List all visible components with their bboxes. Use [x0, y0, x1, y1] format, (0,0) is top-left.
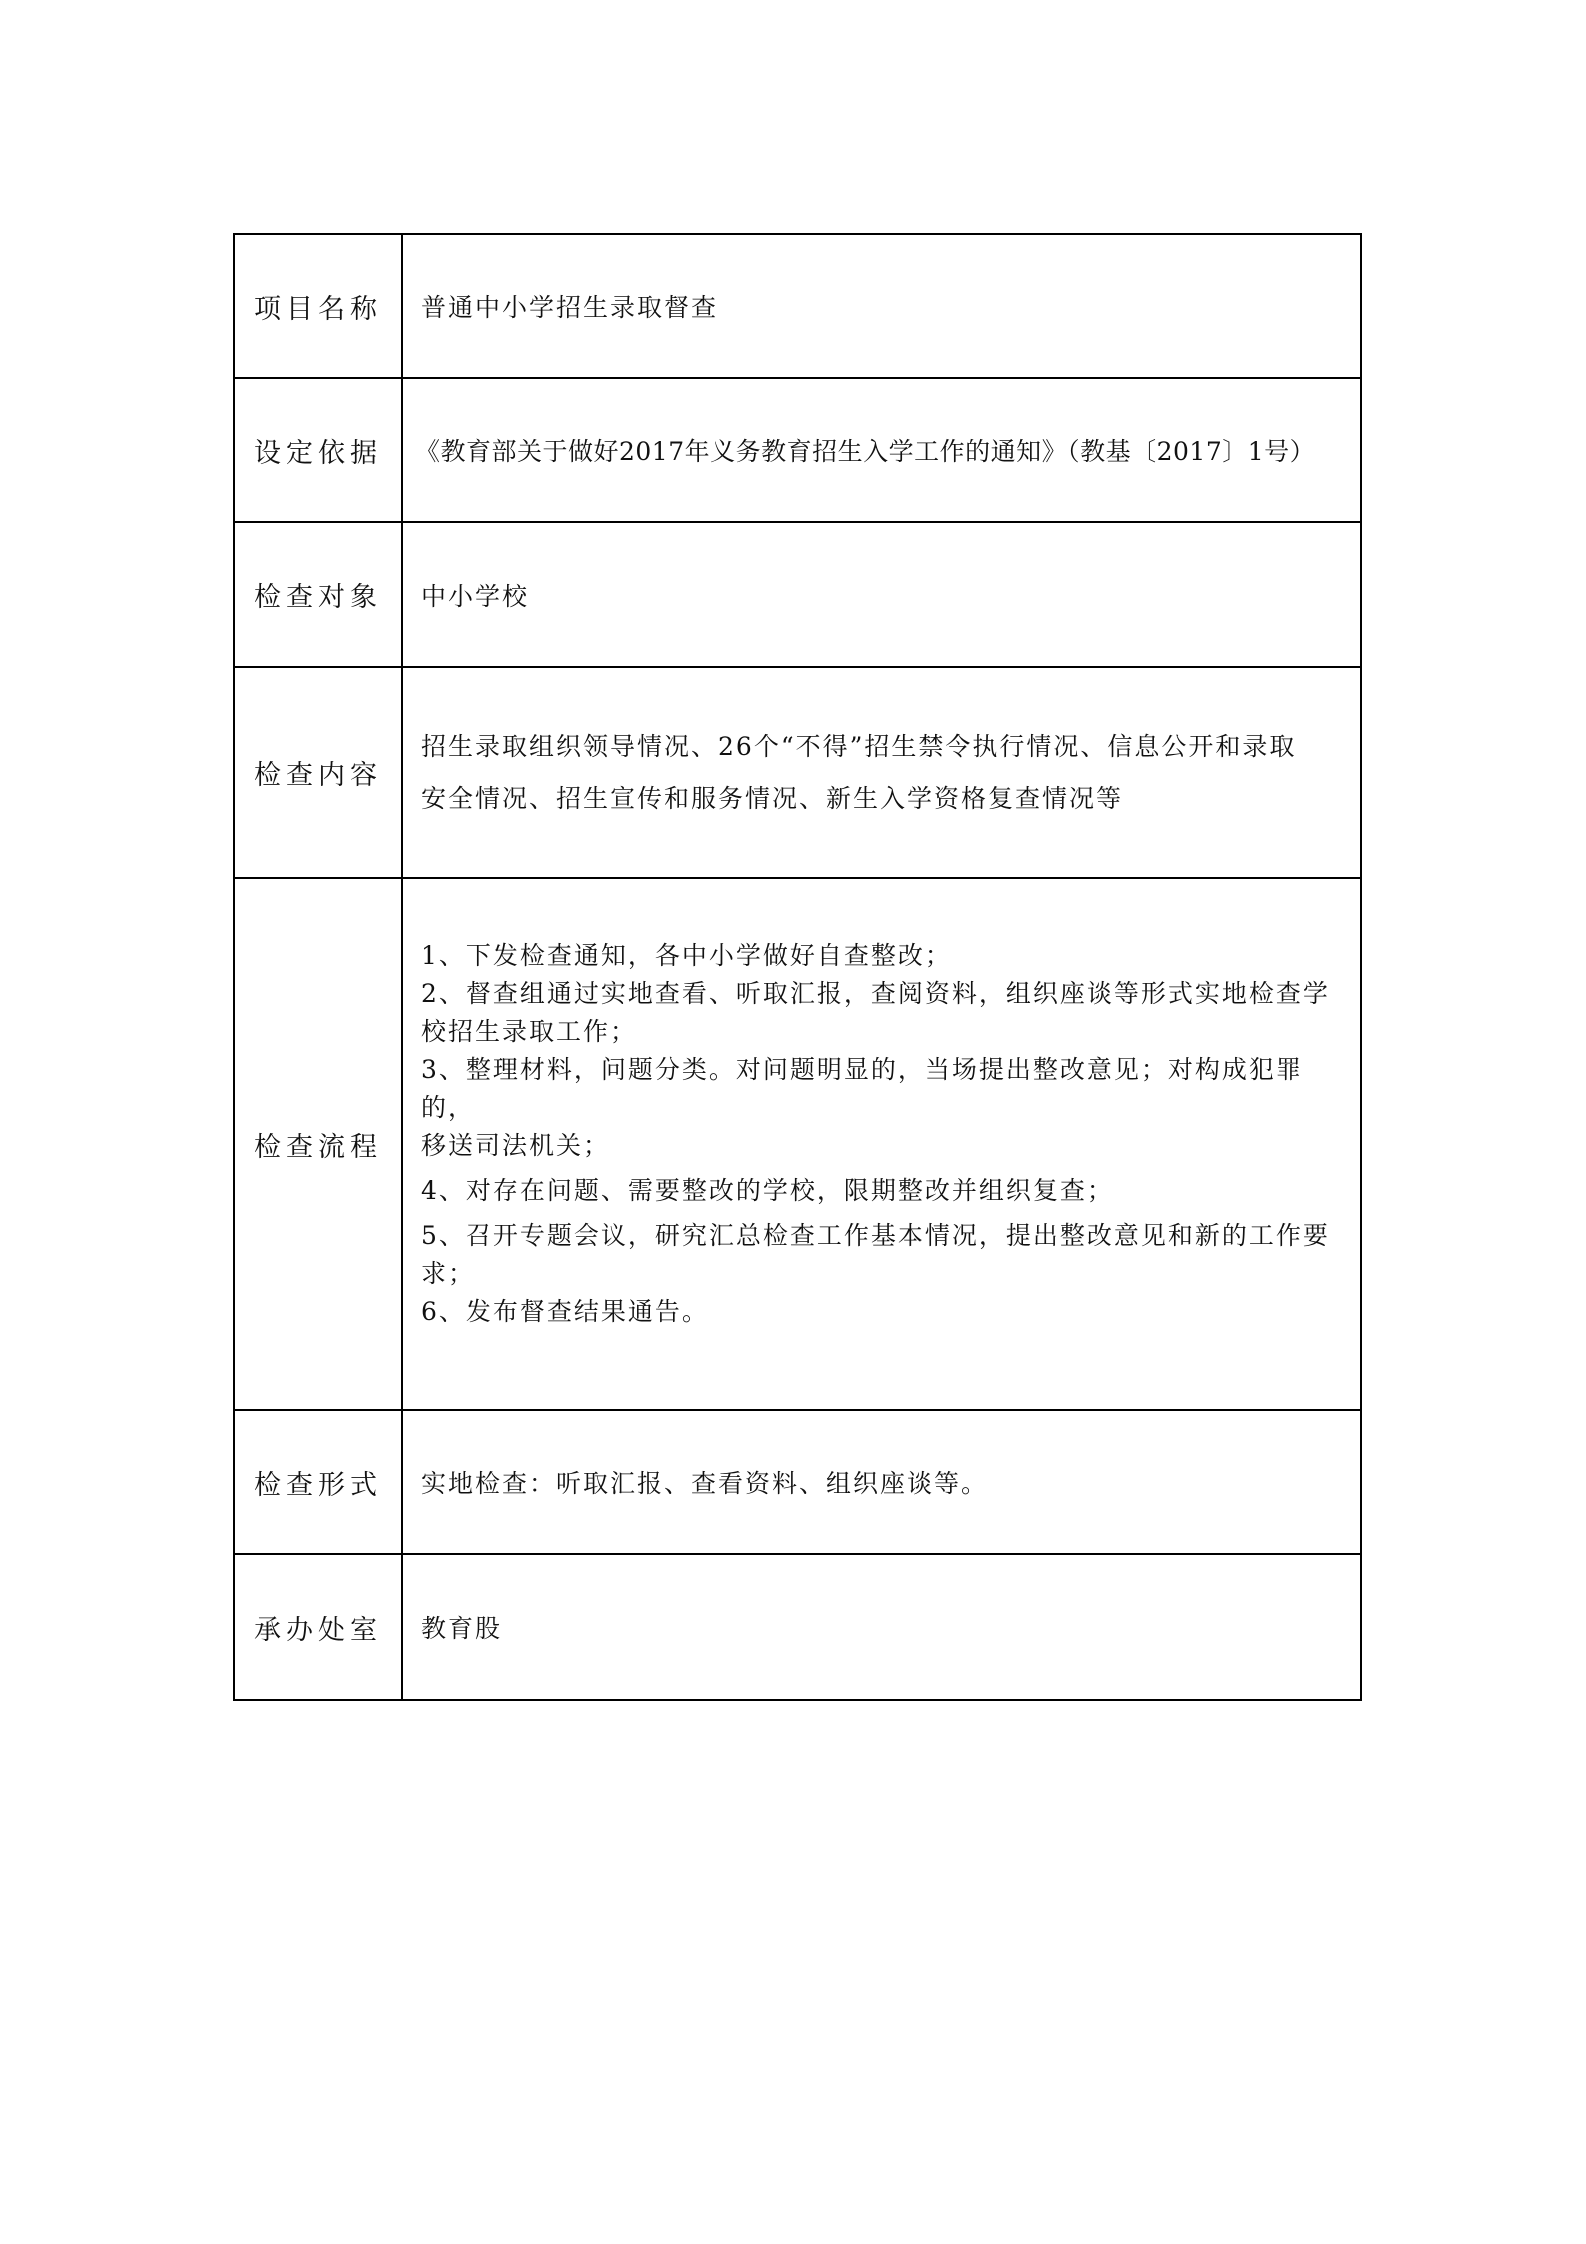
process-step: 移送司法机关； — [421, 1127, 1356, 1165]
label-process: 检查流程 — [234, 878, 402, 1410]
table-row-office: 承办处室 教育股 — [234, 1554, 1361, 1700]
table-row-project-name: 项目名称 普通中小学招生录取督查 — [234, 234, 1361, 378]
content-line: 招生录取组织领导情况、26个“不得”招生禁令执行情况、信息公开和录取 — [421, 721, 1356, 773]
process-step: 5、召开专题会议，研究汇总检查工作基本情况，提出整改意见和新的工作要 — [421, 1217, 1356, 1255]
value-target: 中小学校 — [402, 522, 1361, 667]
value-content: 招生录取组织领导情况、26个“不得”招生禁令执行情况、信息公开和录取 安全情况、… — [402, 667, 1361, 878]
table-row-basis: 设定依据 《教育部关于做好2017年义务教育招生入学工作的通知》（教基〔2017… — [234, 378, 1361, 522]
content-line: 安全情况、招生宣传和服务情况、新生入学资格复查情况等 — [421, 773, 1356, 825]
process-step: 6、发布督查结果通告。 — [421, 1293, 1356, 1331]
process-step: 2、督查组通过实地查看、听取汇报，查阅资料，组织座谈等形式实地检查学 — [421, 975, 1356, 1013]
value-form: 实地检查：听取汇报、查看资料、组织座谈等。 — [402, 1410, 1361, 1554]
label-office: 承办处室 — [234, 1554, 402, 1700]
value-process: 1、下发检查通知，各中小学做好自查整改； 2、督查组通过实地查看、听取汇报，查阅… — [402, 878, 1361, 1410]
inspection-item-table: 项目名称 普通中小学招生录取督查 设定依据 《教育部关于做好2017年义务教育招… — [233, 233, 1362, 1701]
table-row-form: 检查形式 实地检查：听取汇报、查看资料、组织座谈等。 — [234, 1410, 1361, 1554]
table-row-content: 检查内容 招生录取组织领导情况、26个“不得”招生禁令执行情况、信息公开和录取 … — [234, 667, 1361, 878]
label-form: 检查形式 — [234, 1410, 402, 1554]
label-content: 检查内容 — [234, 667, 402, 878]
value-office: 教育股 — [402, 1554, 1361, 1700]
process-step: 3、整理材料，问题分类。对问题明显的，当场提出整改意见；对构成犯罪的， — [421, 1051, 1356, 1127]
process-step: 4、对存在问题、需要整改的学校，限期整改并组织复查； — [421, 1165, 1356, 1217]
table-row-process: 检查流程 1、下发检查通知，各中小学做好自查整改； 2、督查组通过实地查看、听取… — [234, 878, 1361, 1410]
value-basis: 《教育部关于做好2017年义务教育招生入学工作的通知》（教基〔2017〕1号） — [402, 378, 1361, 522]
table-row-target: 检查对象 中小学校 — [234, 522, 1361, 667]
process-step: 校招生录取工作； — [421, 1013, 1356, 1051]
label-target: 检查对象 — [234, 522, 402, 667]
value-project-name: 普通中小学招生录取督查 — [402, 234, 1361, 378]
label-project-name: 项目名称 — [234, 234, 402, 378]
label-basis: 设定依据 — [234, 378, 402, 522]
process-step: 求； — [421, 1255, 1356, 1293]
process-step: 1、下发检查通知，各中小学做好自查整改； — [421, 937, 1356, 975]
